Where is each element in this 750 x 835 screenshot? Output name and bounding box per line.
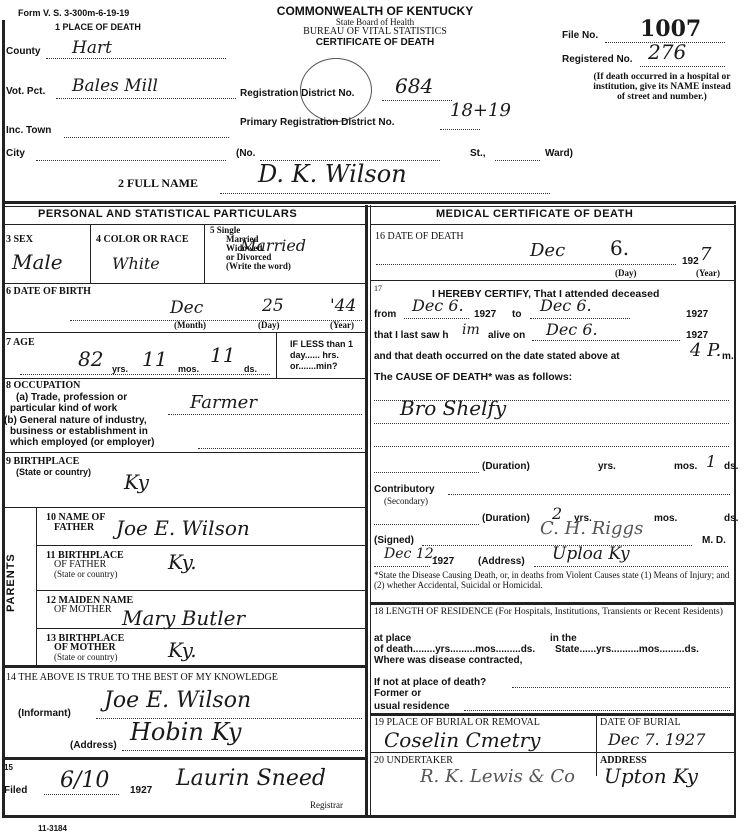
age-mos-label: mos.: [178, 364, 199, 375]
race-value: White: [112, 254, 160, 273]
bottom-rule: [2, 815, 736, 818]
dob-day-label: (Day): [258, 320, 280, 330]
father-name-label-2: FATHER: [54, 523, 94, 533]
duration1-pre: [374, 470, 479, 473]
occurred-time: 4 P.: [690, 340, 721, 361]
knowledge-statement: 14 THE ABOVE IS TRUE TO THE BEST OF MY K…: [6, 673, 278, 683]
age-months: 11: [142, 347, 167, 371]
at-place-label: at place: [374, 633, 411, 644]
registration-district-label: Registration District No.: [240, 88, 354, 99]
file-no-label: File No.: [562, 30, 598, 41]
dod-day-label: (Day): [615, 268, 637, 278]
medical-rule-3: [370, 713, 734, 716]
date-of-death-field: [376, 262, 676, 265]
registration-district-value: 684: [395, 74, 433, 98]
filed-value: 6/10: [60, 768, 109, 793]
usual-residence-label: usual residence: [374, 701, 450, 712]
registrar-signature: Laurin Sneed: [176, 766, 326, 791]
where-contracted-label: Where was disease contracted,: [374, 655, 522, 666]
signed-value: C. H. Riggs: [540, 518, 643, 539]
to-field: [530, 316, 630, 319]
title-block: COMMONWEALTH OF KENTUCKY State Board of …: [230, 6, 520, 48]
dob-month: Dec: [170, 298, 203, 318]
filed-label: Filed: [4, 785, 27, 796]
to-year: 1927: [686, 309, 708, 320]
ward-field: [495, 150, 540, 161]
cause-footnote: *State the Disease Causing Death, or, in…: [374, 571, 730, 590]
parents-divider: [36, 508, 37, 665]
dob-label: 6 DATE OF BIRTH: [6, 287, 91, 297]
occupation-label: 8 OCCUPATION: [6, 381, 80, 391]
burial-divider: [596, 716, 597, 776]
mother-name-label-2: OF MOTHER: [54, 605, 112, 615]
if-not-field: [512, 685, 730, 688]
parents-rule-3: [37, 628, 365, 629]
from-value: Dec 6.: [412, 296, 464, 315]
to-value: Dec 6.: [540, 296, 592, 315]
duration1-mos: mos.: [674, 461, 697, 472]
duration1-yrs: yrs.: [598, 461, 616, 472]
date-of-death-month: Dec: [530, 240, 565, 261]
occupation-a-line1: (a) Trade, profession or: [16, 392, 127, 403]
full-name-label: 2 FULL NAME: [118, 178, 198, 188]
filed-year: 1927: [130, 785, 152, 796]
parents-side-label: PARENTS: [6, 553, 17, 612]
certify-number: 17: [374, 284, 382, 294]
right-border: [734, 205, 736, 817]
duration2-pre: [374, 522, 479, 525]
row-rule-4: [2, 332, 365, 333]
bureau-name: BUREAU OF VITAL STATISTICS: [230, 27, 520, 37]
section-rule-2: [2, 206, 736, 207]
age-ds-label: ds.: [244, 364, 257, 375]
duration1-label: (Duration): [482, 461, 530, 472]
burial-value: Coselin Cmetry: [384, 728, 540, 752]
age-label: 7 AGE: [6, 338, 35, 348]
cause-line-3: [374, 444, 729, 447]
from-field: [404, 316, 469, 319]
undertaker-address-value: Upton Ky: [604, 764, 698, 788]
commonwealth-title: COMMONWEALTH OF KENTUCKY: [230, 6, 520, 17]
duration1-ds-value: 1: [706, 452, 716, 471]
birthplace-label: 9 BIRTHPLACE: [6, 457, 79, 467]
date-of-burial-label: DATE OF BURIAL: [600, 718, 681, 728]
column-divider-inner: [370, 205, 371, 817]
medical-rule-2: [370, 602, 734, 605]
dob-field: [70, 318, 362, 321]
age-yrs-label: yrs.: [112, 364, 128, 375]
row-rule-6: [2, 452, 365, 453]
informant-label: (Informant): [18, 708, 71, 719]
if-not-label: If not at place of death?: [374, 677, 486, 688]
vot-pct-value: Bales Mill: [72, 76, 158, 96]
item-15-label: 15: [4, 762, 13, 773]
section-title-rule-left: [2, 224, 365, 225]
section-rule: [2, 201, 736, 204]
last-saw-him: im: [462, 322, 480, 338]
parents-rule-1: [37, 545, 365, 546]
informant-address-label: (Address): [70, 740, 117, 751]
registered-no-label: Registered No.: [562, 54, 633, 65]
personal-section-title: PERSONAL AND STATISTICAL PARTICULARS: [38, 209, 297, 220]
section-title-rule-right: [370, 224, 734, 225]
alive-on-label: alive on: [488, 330, 525, 341]
occurred-text: and that death occurred on the date stat…: [374, 351, 620, 362]
former-label: Former or: [374, 688, 421, 699]
sex-race-divider: [90, 225, 91, 283]
state-line: State......yrs..........mos.........ds.: [555, 644, 699, 655]
registered-no-value: 276: [648, 40, 686, 64]
full-name-value: D. K. Wilson: [258, 160, 407, 188]
parents-rule-2: [37, 590, 365, 591]
city-label: City: [6, 148, 25, 159]
informant-address-field: [122, 748, 362, 751]
signed-date-value: Dec 12.: [384, 546, 438, 562]
burial-label: 19 PLACE OF BURIAL OR REMOVAL: [374, 718, 540, 728]
vot-pct-label: Vot. Pct.: [6, 86, 45, 97]
st-label: St.,: [470, 148, 486, 159]
dob-month-label: (Month): [174, 320, 206, 330]
burial-rule: [370, 752, 734, 753]
inc-town-label: Inc. Town: [6, 125, 51, 136]
race-marital-divider: [204, 225, 205, 283]
dob-year: '44: [330, 296, 356, 316]
occurred-suffix: m.: [722, 351, 734, 362]
registrar-label: Registrar: [310, 800, 343, 810]
occupation-b-line3: which employed (or employer): [10, 437, 154, 448]
county-label: County: [6, 46, 40, 57]
to-label: to: [512, 309, 521, 320]
in-the-label: in the: [550, 633, 577, 644]
usual-residence-field: [464, 708, 730, 711]
occupation-a-value: Farmer: [190, 392, 257, 413]
no-label: (No.: [236, 148, 255, 159]
residence-label: 18 LENGTH OF RESIDENCE (For Hospitals, I…: [374, 607, 730, 618]
age-field: [20, 372, 270, 375]
contributory-field: [448, 492, 730, 495]
cause-of-death-value: Bro Shelfy: [400, 396, 506, 420]
signed-address-field: [534, 564, 728, 567]
row-rule-3: [2, 283, 365, 284]
informant-value: Joe E. Wilson: [104, 688, 251, 713]
md-label: M. D.: [702, 535, 726, 546]
father-birthplace-value: Ky.: [168, 550, 197, 574]
ward-label: Ward): [545, 148, 573, 159]
date-of-death-year-prefix: 192: [682, 256, 699, 267]
signed-date-field: [374, 564, 430, 567]
cause-line-2: [374, 421, 729, 424]
file-no-value: 1007: [640, 16, 701, 42]
birthplace-value: Ky: [124, 470, 149, 494]
from-label: from: [374, 309, 396, 320]
occupation-a-line2: particular kind of work: [10, 403, 117, 414]
date-of-death-year: 7: [700, 244, 711, 265]
signed-year: 1927: [432, 556, 454, 567]
dod-year-label: (Year): [696, 268, 720, 278]
father-name-value: Joe E. Wilson: [116, 516, 250, 540]
occupation-b-line2: business or establishment in: [10, 426, 148, 437]
footer-code: 11-3184: [38, 823, 67, 834]
duration2-ds: ds.: [724, 513, 738, 524]
less-than-day-2: day...... hrs.: [290, 350, 339, 360]
medical-rule-1: [370, 280, 734, 281]
duration2-mos: mos.: [654, 513, 677, 524]
hospital-note: (If death occurred in a hospital or inst…: [592, 72, 732, 102]
row-rule-7: [2, 507, 365, 508]
column-divider: [365, 205, 368, 817]
certificate-title: CERTIFICATE OF DEATH: [230, 37, 520, 48]
birthplace-sublabel: (State or country): [16, 467, 91, 478]
informant-bottom-rule: [2, 757, 365, 760]
signed-address-label: (Address): [478, 556, 525, 567]
date-of-death-label: 16 DATE OF DEATH: [375, 232, 464, 242]
mother-name-value: Mary Butler: [122, 606, 245, 630]
city-field: [36, 150, 226, 161]
signed-label: (Signed): [374, 535, 414, 546]
form-number: Form V. S. 3-300m-6-19-19: [18, 8, 129, 19]
date-of-death-day: 6.: [610, 236, 629, 260]
occupation-b-field: [198, 446, 362, 449]
age-divider: [276, 333, 277, 378]
sex-label: 3 SEX: [6, 235, 33, 245]
dob-year-label: (Year): [330, 320, 354, 330]
contributory-label: Contributory: [374, 484, 435, 495]
from-year: 1927: [474, 309, 496, 320]
primary-registration-label: Primary Registration District No.: [240, 117, 394, 128]
of-death-line: of death........yrs.........mos.........…: [374, 644, 535, 655]
date-of-burial-value: Dec 7. 1927: [608, 730, 705, 749]
primary-registration-value: 18+19: [450, 100, 511, 121]
less-than-day-1: IF LESS than 1: [290, 339, 353, 349]
father-birthplace-label-3: (State or country): [54, 569, 117, 579]
parents-bottom-rule: [2, 665, 365, 668]
age-days: 11: [210, 343, 235, 367]
undertaker-value: R. K. Lewis & Co: [420, 766, 575, 787]
secondary-label: (Secondary): [384, 496, 428, 506]
less-than-day-3: or.......min?: [290, 361, 338, 371]
inc-town-field: [64, 127, 229, 138]
informant-address-value: Hobin Ky: [130, 718, 241, 746]
undertaker-label: 20 UNDERTAKER: [374, 756, 453, 766]
place-of-death-label: 1 PLACE OF DEATH: [55, 22, 141, 33]
marital-value: Married: [240, 236, 306, 255]
last-saw-text: that I last saw h: [374, 330, 448, 341]
row-rule-5: [2, 378, 365, 379]
signed-address-value: Uploa Ky: [552, 544, 630, 564]
race-label: 4 COLOR OR RACE: [96, 235, 189, 245]
cause-of-death-label: The CAUSE OF DEATH* was as follows:: [374, 372, 572, 383]
county-value: Hart: [72, 38, 112, 58]
mother-birthplace-label-3: (State or country): [54, 652, 117, 662]
age-years: 82: [78, 347, 103, 371]
duration1-ds: ds.: [724, 461, 738, 472]
medical-section-title: MEDICAL CERTIFICATE OF DEATH: [436, 209, 633, 220]
alive-on-value: Dec 6.: [546, 320, 598, 339]
marital-note: (Write the word): [226, 262, 291, 271]
occupation-b-line1: (b) General nature of industry,: [4, 415, 147, 426]
sex-value: Male: [12, 250, 63, 274]
mother-birthplace-value: Ky.: [168, 638, 197, 662]
duration2-label: (Duration): [482, 513, 530, 524]
dob-day: 25: [262, 296, 284, 316]
